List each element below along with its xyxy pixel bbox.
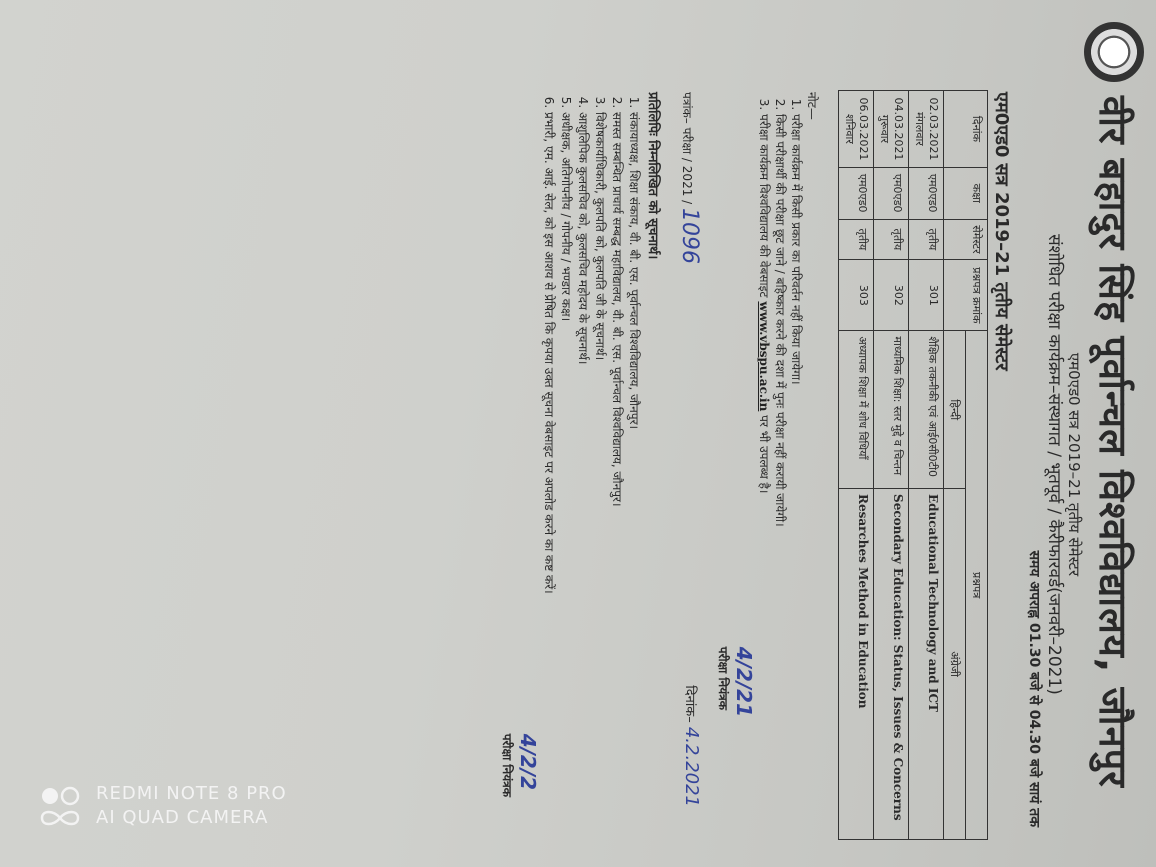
date-cell-text: 02.03.2021 — [927, 96, 940, 162]
note-text: परीक्षा कार्यक्रम विश्वविद्यालय की वेबसा… — [757, 114, 771, 298]
hindi-paper-cell: शैक्षिक तकनीकी एवं आई0सी0टी0 — [909, 331, 944, 489]
col-english: अंग्रेजी — [944, 489, 966, 840]
watermark-line2: AI QUAD CAMERA — [96, 806, 287, 830]
col-paper: प्रश्नपत्र — [966, 331, 988, 840]
semester-cell-text: तृतीय — [925, 225, 940, 255]
note-suffix: पर भी उपलब्ध है। — [757, 415, 771, 493]
day-text: शनिवार — [842, 96, 857, 162]
semester-cell-text: तृतीय — [855, 225, 870, 255]
english-paper-cell-text: Resarches Method in Education — [856, 494, 870, 834]
subheader-line2: संशोधित परीक्षा कार्यक्रम–संस्थागत / भूत… — [1044, 82, 1064, 847]
hindi-paper-cell-text: माध्यमिक शिक्षा: स्तर मुद्दे व चिन्तन — [890, 336, 905, 483]
date-label: दिनांक– — [682, 685, 697, 722]
date-cell: 04.03.2021गुरूवार — [874, 91, 909, 168]
paper-no-cell-text: 303 — [857, 265, 870, 325]
signatory-title: परीक्षा नियंत्रक — [715, 647, 732, 717]
reference-handwritten-number: 1096 — [677, 208, 702, 264]
date-handwritten: 4.2.2021 — [681, 727, 702, 807]
subheader-line3: समय अपराह्न 01.30 बजे से 04.30 बजे सायं … — [1024, 82, 1044, 847]
camera-watermark: REDMI NOTE 8 PRO AI QUAD CAMERA — [38, 782, 287, 830]
date-cell: 02.03.2021मंगलवार — [909, 91, 944, 168]
english-paper-cell: Educational Technology and ICT — [909, 489, 944, 840]
date-cell-text: 06.03.2021 — [857, 96, 870, 162]
english-paper-cell-text: Secondary Education: Status, Issues & Co… — [891, 494, 905, 834]
col-semester: सेमेस्टर — [944, 219, 988, 260]
semester-cell-text: तृतीय — [890, 225, 905, 255]
paper-no-cell-text: 302 — [892, 265, 905, 325]
table-row: 06.03.2021शनिवारएम0एड0तृतीय303अध्यापक शि… — [839, 91, 874, 840]
english-paper-cell: Secondary Education: Status, Issues & Co… — [874, 489, 909, 840]
notice-page: वीर बहादुर सिंह पूर्वान्चल विश्वविद्यालय… — [0, 0, 1156, 867]
university-name: वीर बहादुर सिंह पूर्वान्चल विश्वविद्यालय… — [1088, 96, 1140, 788]
semester-cell: तृतीय — [909, 219, 944, 260]
signature-block-1: 4/2/21 परीक्षा नियंत्रक — [715, 647, 756, 717]
note-item: परीक्षा कार्यक्रम में किसी प्रकार का परि… — [788, 114, 804, 847]
exam-schedule-table: दिनांक कक्षा सेमेस्टर प्रश्नपत्र क्रमांक… — [838, 90, 988, 840]
class-cell: एम0एड0 — [909, 167, 944, 219]
subheader: एम0एड0 सत्र 2019–21 तृतीय सेमेस्टर संशोध… — [1024, 82, 1084, 847]
copy-to-item: अधीक्षक, अतिगोपनीय / गोपनीय / भण्डार कक्… — [557, 112, 574, 847]
paper-no-cell: 302 — [874, 260, 909, 331]
date-cell: 06.03.2021शनिवार — [839, 91, 874, 168]
reference-label: पत्रांक– परीक्षा / 2021 / — [680, 92, 694, 204]
copy-to-item: विशेषकार्याधिकारी, कुलपति को, कुलपति जी … — [591, 112, 608, 847]
university-seal-icon — [1084, 22, 1144, 82]
class-cell: एम0एड0 — [839, 167, 874, 219]
website-link[interactable]: www.vbspu.ac.in — [757, 301, 771, 411]
handwritten-signature: 4/2/2 — [516, 734, 540, 797]
table-row: 04.03.2021गुरूवारएम0एड0तृतीय302माध्यमिक … — [874, 91, 909, 840]
copy-to-label: प्रतिलिपिः निम्नलिखित को सूचनार्थ। — [645, 92, 660, 259]
semester-cell: तृतीय — [839, 219, 874, 260]
semester-cell: तृतीय — [874, 219, 909, 260]
copy-to: प्रतिलिपिः निम्नलिखित को सूचनार्थ। संकाय… — [540, 92, 661, 847]
day-text: मंगलवार — [912, 96, 927, 162]
col-hindi: हिन्दी — [944, 331, 966, 489]
table-title: एम0एड0 सत्र 2019–21 तृतीय सेमेस्टर — [990, 92, 1014, 847]
col-paper-no: प्रश्नपत्र क्रमांक — [944, 260, 988, 331]
copy-to-item: समस्त सम्बन्धित प्राचार्य सम्बद्ध महाविद… — [608, 112, 625, 847]
note-item: किसी परीक्षार्थी की परीक्षा छूट जाने / ब… — [772, 114, 788, 847]
class-cell-text: एम0एड0 — [925, 173, 940, 214]
hindi-paper-cell: माध्यमिक शिक्षा: स्तर मुद्दे व चिन्तन — [874, 331, 909, 489]
header: वीर बहादुर सिंह पूर्वान्चल विश्वविद्यालय… — [1084, 22, 1144, 847]
english-paper-cell: Resarches Method in Education — [839, 489, 874, 840]
notes: नोट— परीक्षा कार्यक्रम में किसी प्रकार क… — [756, 92, 820, 847]
handwritten-signature: 4/2/21 — [732, 647, 756, 717]
hindi-paper-cell: अध्यापक शिक्षा में शोध विधियाँ — [839, 331, 874, 489]
note-item: परीक्षा कार्यक्रम विश्वविद्यालय की वेबसा… — [756, 114, 772, 847]
table-row: 02.03.2021मंगलवारएम0एड0तृतीय301शैक्षिक त… — [909, 91, 944, 840]
watermark-line1: REDMI NOTE 8 PRO — [96, 782, 287, 806]
camera-lens-icon — [38, 782, 86, 830]
english-paper-cell-text: Educational Technology and ICT — [926, 494, 940, 834]
class-cell-text: एम0एड0 — [890, 173, 905, 214]
day-text: गुरूवार — [877, 96, 892, 162]
col-class: कक्षा — [944, 167, 988, 219]
signatory-title: परीक्षा नियंत्रक — [499, 734, 516, 797]
paper-no-cell-text: 301 — [927, 265, 940, 325]
class-cell-text: एम0एड0 — [855, 173, 870, 214]
signature-block-2: 4/2/2 परीक्षा नियंत्रक — [499, 734, 540, 797]
copy-to-item: संकायाध्यक्ष, शिक्षा संकाय, वी. बी. एस. … — [625, 112, 642, 847]
hindi-paper-cell-text: शैक्षिक तकनीकी एवं आई0सी0टी0 — [925, 336, 940, 483]
col-date: दिनांक — [944, 91, 988, 168]
subheader-line1: एम0एड0 सत्र 2019–21 तृतीय सेमेस्टर — [1064, 82, 1084, 847]
notes-label: नोट— — [804, 92, 820, 847]
class-cell: एम0एड0 — [874, 167, 909, 219]
copy-to-item: प्रभारी, एम. आई. सेल, को इस आशय से प्रेष… — [540, 112, 557, 847]
paper-no-cell: 301 — [909, 260, 944, 331]
hindi-paper-cell-text: अध्यापक शिक्षा में शोध विधियाँ — [855, 336, 870, 483]
paper-no-cell: 303 — [839, 260, 874, 331]
copy-to-item: आशुलिपिक कुलसचिव को, कुलसचिव महोदय के सू… — [574, 112, 591, 847]
date-cell-text: 04.03.2021 — [892, 96, 905, 162]
date-block: दिनांक– 4.2.2021 — [681, 685, 702, 807]
